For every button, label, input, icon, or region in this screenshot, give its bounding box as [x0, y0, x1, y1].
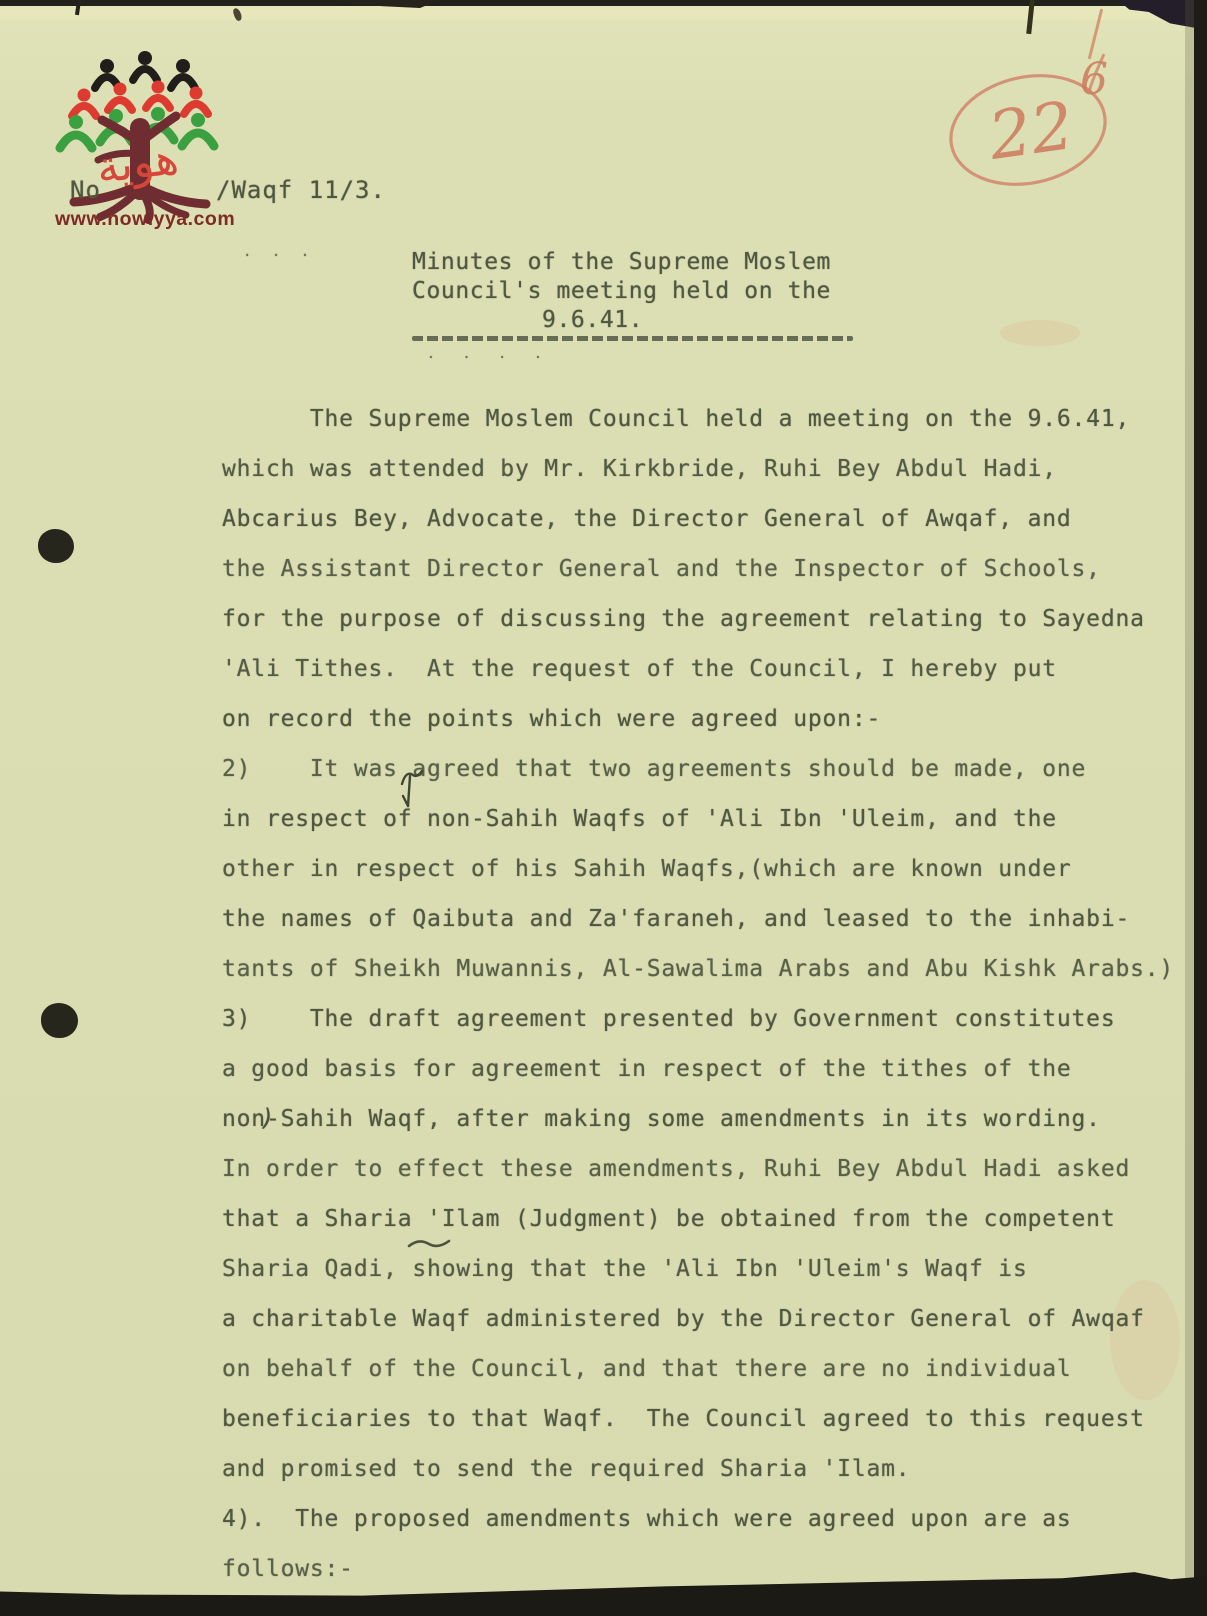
reference-number: /Waqf 11/3.	[216, 176, 386, 204]
text-line: a charitable Waqf administered by the Di…	[222, 1294, 1182, 1344]
handwritten-insertion-mark	[396, 766, 434, 812]
text-line: 3) The draft agreement presented by Gove…	[222, 994, 1182, 1044]
text-line: that a Sharia 'Ilam (Judgment) be obtain…	[222, 1194, 1182, 1244]
text-line: Council's meeting held on the	[412, 277, 831, 306]
text-line: beneficiaries to that Waqf. The Council …	[222, 1394, 1182, 1444]
text-line: Abcarius Bey, Advocate, the Director Gen…	[222, 494, 1182, 544]
text-line: in respect of non-Sahih Waqfs of 'Ali Ib…	[222, 794, 1182, 844]
text-line: non-Sahih Waqf, after making some amendm…	[222, 1094, 1182, 1144]
text-line: The Supreme Moslem Council held a meetin…	[222, 394, 1182, 444]
text-line: 9.6.41.	[412, 306, 831, 335]
text-line: 'Ali Tithes. At the request of the Counc…	[222, 644, 1182, 694]
document-body: The Supreme Moslem Council held a meetin…	[222, 394, 1182, 1594]
title-dots: . . . .	[427, 347, 552, 362]
text-line: In order to effect these amendments, Ruh…	[222, 1144, 1182, 1194]
arabic-calligraphy: هوية	[94, 133, 181, 194]
text-line: 2) It was agreed that two agreements sho…	[222, 744, 1182, 794]
text-line: on behalf of the Council, and that there…	[222, 1344, 1182, 1394]
page-number-stamp: 22 6	[938, 42, 1143, 202]
hole-punch	[38, 529, 74, 563]
text-line: Minutes of the Supreme Moslem	[412, 248, 831, 277]
text-line: the names of Qaibuta and Za'faraneh, and…	[222, 894, 1182, 944]
page-edge-shadow	[1185, 0, 1194, 1616]
text-line: 4). The proposed amendments which were a…	[222, 1494, 1182, 1544]
title-underline	[412, 336, 853, 341]
text-line: which was attended by Mr. Kirkbride, Ruh…	[222, 444, 1182, 494]
stamp-number: 22	[983, 87, 1078, 175]
text-line: on record the points which were agreed u…	[222, 694, 1182, 744]
document-title: Minutes of the Supreme MoslemCouncil's m…	[412, 248, 831, 335]
handwritten-tilde-mark	[406, 1236, 452, 1252]
text-line: Sharia Qadi, showing that the 'Ali Ibn '…	[222, 1244, 1182, 1294]
text-line: a good basis for agreement in respect of…	[222, 1044, 1182, 1094]
text-line: the Assistant Director General and the I…	[222, 544, 1182, 594]
paper-smudge	[1000, 320, 1080, 346]
scan-right-edge	[1194, 0, 1207, 1616]
text-line: other in respect of his Sahih Waqfs,(whi…	[222, 844, 1182, 894]
typed-dots: · · ·	[243, 248, 315, 264]
text-line: and promised to send the required Sharia…	[222, 1444, 1182, 1494]
hole-punch	[41, 1003, 78, 1038]
watermark-url: www.howiyya.com	[55, 208, 235, 231]
text-line: tants of Sheikh Muwannis, Al-Sawalima Ar…	[222, 944, 1182, 994]
reference-prefix: No	[70, 176, 101, 204]
text-line: follows:-	[222, 1544, 1182, 1594]
scan-light-band	[0, 6, 1207, 20]
text-line: for the purpose of discussing the agreem…	[222, 594, 1182, 644]
scanned-document-page: هوية www.howiyya.com No /Waqf 11/3. 22 6…	[0, 0, 1207, 1616]
people-row-red-icon	[72, 98, 208, 116]
